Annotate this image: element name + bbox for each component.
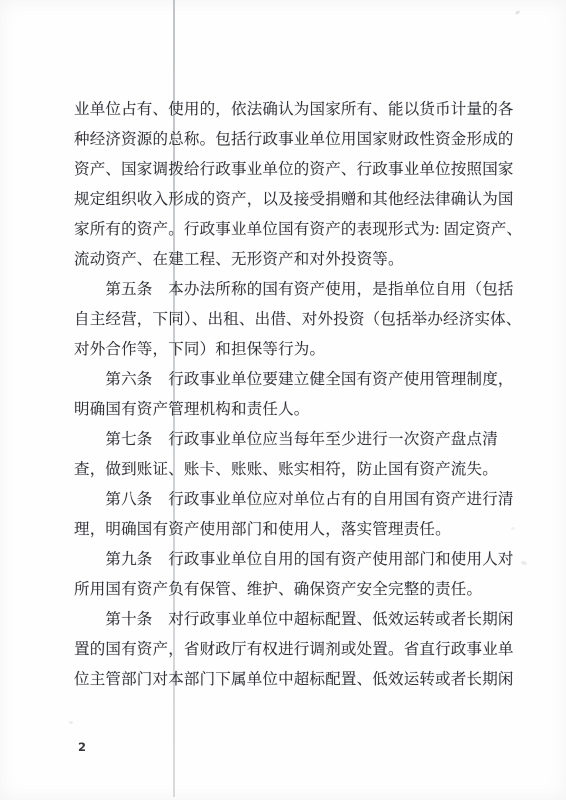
page-number: 2: [78, 740, 86, 754]
text-line: 理，明确国有资产使用部门和使用人，落实管理责任。: [74, 515, 536, 545]
text-line article-start: 第五条 本办法所称的国有资产使用，是指单位自用（包括: [74, 275, 536, 305]
text-line article-start: 第六条 行政事业单位要建立健全国有资产使用管理制度，: [74, 365, 536, 395]
text-line: 置的国有资产，省财政厅有权进行调剂或处置。省直行政事业单: [74, 635, 536, 665]
text-line article-start: 第九条 行政事业单位自用的国有资产使用部门和使用人对: [74, 545, 536, 575]
text-line: 对外合作等，下同）和担保等行为。: [74, 335, 536, 365]
text-line: 查，做到账证、账卡、账账、账实相符，防止国有资产流失。: [74, 455, 536, 485]
scan-speckle: [69, 721, 73, 724]
text-line: 自主经营，下同）、出租、出借、对外投资（包括举办经济实体、: [74, 305, 536, 335]
text-line: 资产、国家调拨给行政事业单位的资产、行政事业单位按照国家: [74, 155, 536, 185]
scanned-document-page: 业单位占有、使用的，依法确认为国家所有、能以货币计量的各 种经济资源的总称。包括…: [0, 0, 566, 800]
scan-speckle: [515, 10, 521, 15]
text-line article-start: 第十条 对行政事业单位中超标配置、低效运转或者长期闲: [74, 605, 536, 635]
text-line: 规定组织收入形成的资产，以及接受捐赠和其他经法律确认为国: [74, 185, 536, 215]
text-line article-start: 第七条 行政事业单位应当每年至少进行一次资产盘点清: [74, 425, 536, 455]
text-line: 业单位占有、使用的，依法确认为国家所有、能以货币计量的各: [74, 95, 536, 125]
text-line: 家所有的资产。行政事业单位国有资产的表现形式为: 固定资产、: [74, 215, 536, 245]
text-line: 位主管部门对本部门下属单位中超标配置、低效运转或者长期闲: [74, 665, 536, 695]
text-line: 所用国有资产负有保管、维护、确保资产安全完整的责任。: [74, 575, 536, 605]
text-line: 流动资产、在建工程、无形资产和对外投资等。: [74, 245, 536, 275]
text-line article-start: 第八条 行政事业单位应对单位占有的自用国有资产进行清: [74, 485, 536, 515]
text-line: 明确国有资产管理机构和责任人。: [74, 395, 536, 425]
text-line: 种经济资源的总称。包括行政事业单位用国家财政性资金形成的: [74, 125, 536, 155]
body-text: 业单位占有、使用的，依法确认为国家所有、能以货币计量的各 种经济资源的总称。包括…: [74, 95, 536, 695]
